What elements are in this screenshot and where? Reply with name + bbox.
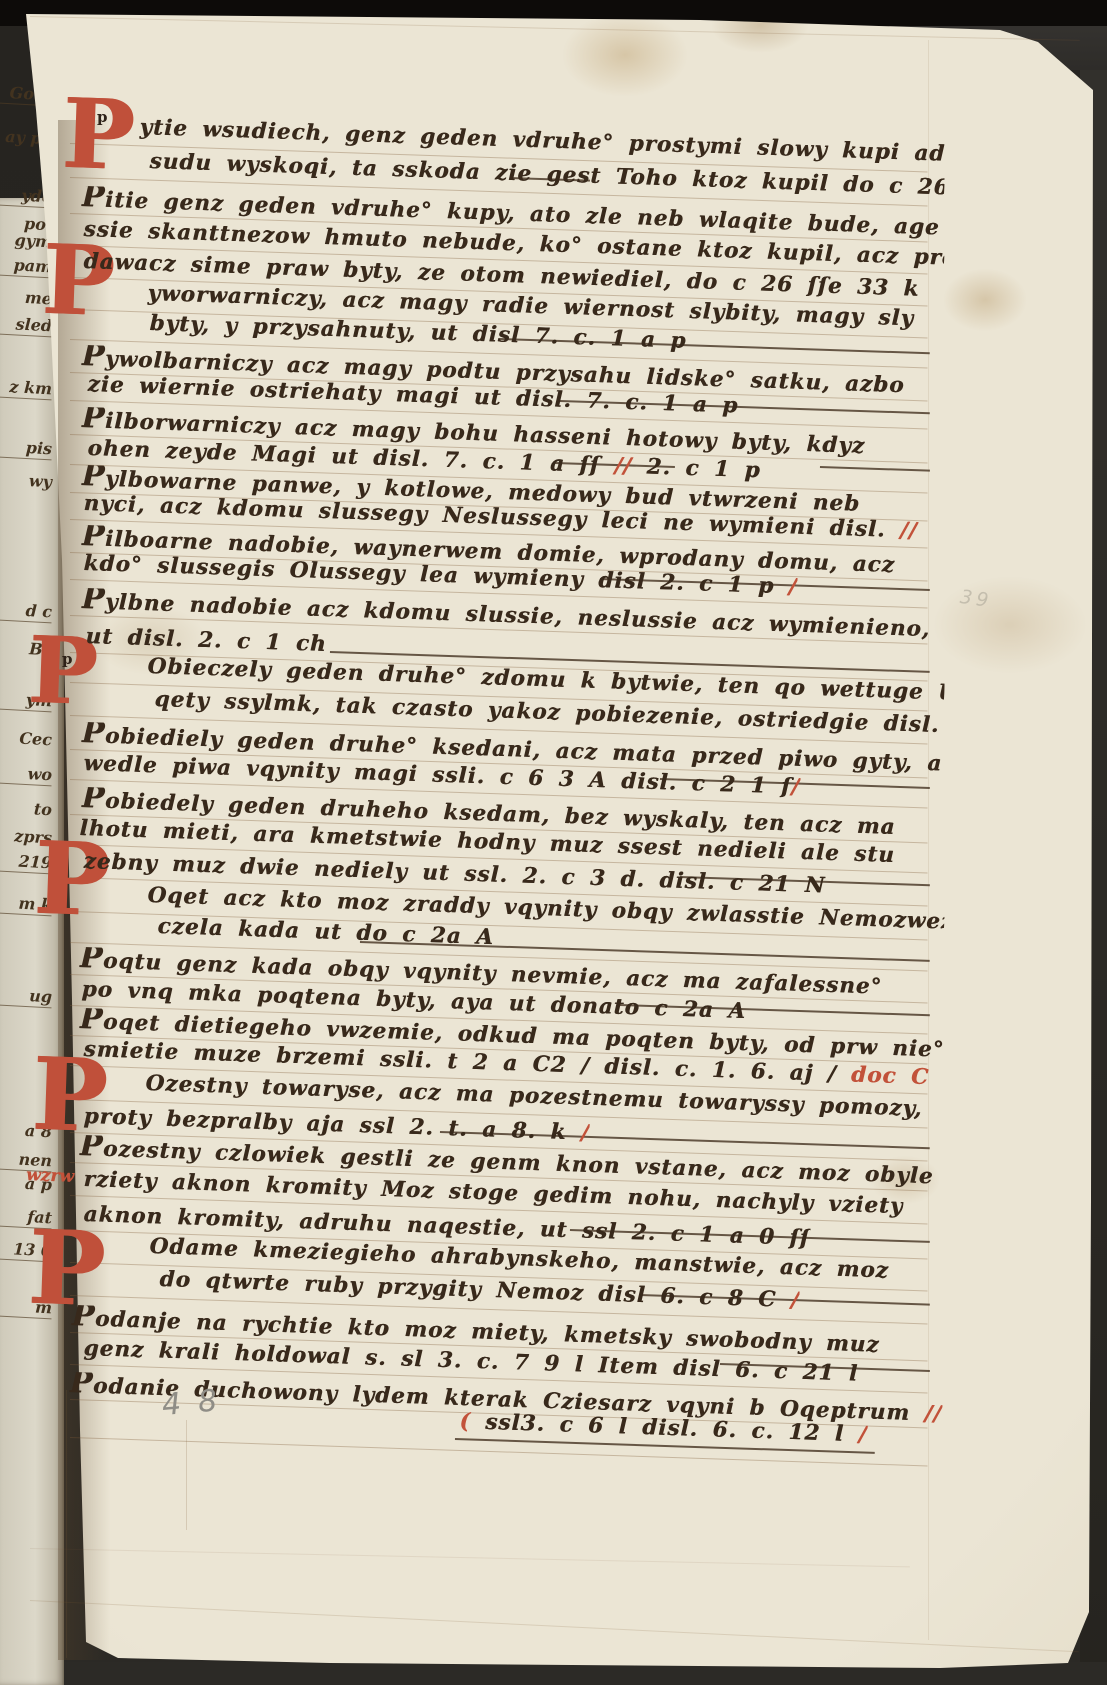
- frame-rule-vertical: [186, 1420, 187, 1530]
- facing-page-edge: Gotoay paydepolgympammesledz kmpiswyd cB…: [0, 198, 64, 1685]
- rubric-text: /: [788, 574, 798, 599]
- frame-rule-vertical: [66, 1390, 67, 1658]
- pencil-folio-number: 48: [161, 1385, 236, 1421]
- rubric-text: //: [614, 453, 647, 479]
- rubric-text: (: [459, 1410, 485, 1435]
- facing-page-text-fragment: to: [0, 800, 52, 819]
- rubric-text: /: [580, 1120, 590, 1145]
- manuscript-scan: Gotoay paydepolgympammesledz kmpiswyd cB…: [0, 0, 1107, 1685]
- facing-page-text-fragment: z km: [0, 379, 52, 401]
- rubric-text: //: [900, 518, 919, 544]
- rubric-text: //: [924, 1401, 943, 1427]
- rubric-text: /: [858, 1422, 868, 1447]
- facing-page-text-fragment: ug: [0, 987, 52, 1009]
- facing-page-text-fragment: Cec: [0, 730, 52, 749]
- initial-guide-letter: p: [97, 110, 108, 125]
- red-marginal-word: wzrw: [26, 1167, 74, 1186]
- facing-page-text-fragment: wo: [0, 765, 52, 787]
- pencil-margin-number: 39: [959, 588, 994, 611]
- rubricated-initial: P: [61, 95, 136, 176]
- ink-text: 2. c 1 p: [646, 455, 761, 484]
- initial-guide-letter: p: [62, 652, 73, 667]
- facing-page-text-fragment: wy: [0, 472, 52, 491]
- rubric-text: doc C nn O: [851, 1062, 945, 1091]
- rubric-text: /: [790, 1288, 800, 1313]
- rubricated-initial: P: [33, 837, 111, 922]
- rubric-text: /: [791, 774, 801, 799]
- facing-page-text-fragment: pis: [0, 439, 52, 461]
- rubricated-initial: P: [27, 1227, 107, 1313]
